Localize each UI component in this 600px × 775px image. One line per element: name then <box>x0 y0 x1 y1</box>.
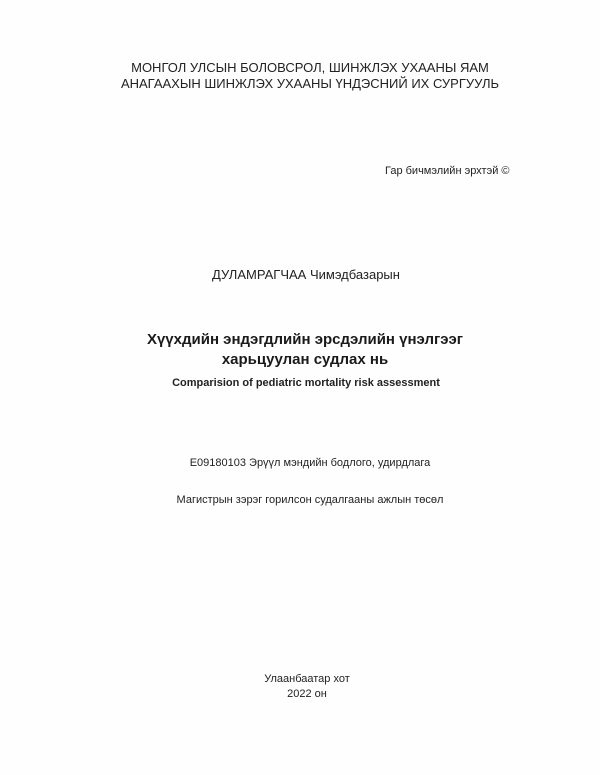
university-name: АНАГААХЫН ШИНЖЛЭХ УХААНЫ ҮНДЭСНИЙ ИХ СУР… <box>10 76 600 92</box>
author-name: ДУЛАМРАГЧАА Чимэдбазарын <box>6 267 600 282</box>
city: Улаанбаатар хот <box>7 672 600 687</box>
year: 2022 он <box>7 687 600 702</box>
program-code: E09180103 Эрүүл мэндийн бодлого, удирдла… <box>10 457 600 469</box>
title-line-1: Хүүхдийн эндэгдлийн эрсдэлийн үнэлгээг <box>5 330 600 350</box>
thesis-title-english: Comparision of pediatric mortality risk … <box>6 377 600 389</box>
title-line-2: харьцуулан судлах нь <box>5 350 600 370</box>
ministry-header: МОНГОЛ УЛСЫН БОЛОВСРОЛ, ШИНЖЛЭХ УХААНЫ Я… <box>10 60 600 92</box>
degree-description: Магистрын зэрэг горилсон судалгааны ажлы… <box>10 494 600 506</box>
copyright-notice: Гар бичмэлийн эрхтэй © <box>385 165 510 177</box>
document-page: МОНГОЛ УЛСЫН БОЛОВСРОЛ, ШИНЖЛЭХ УХААНЫ Я… <box>0 0 600 775</box>
thesis-title-mongolian: Хүүхдийн эндэгдлийн эрсдэлийн үнэлгээг х… <box>5 330 600 370</box>
ministry-name: МОНГОЛ УЛСЫН БОЛОВСРОЛ, ШИНЖЛЭХ УХААНЫ Я… <box>10 60 600 76</box>
place-and-year: Улаанбаатар хот 2022 он <box>7 672 600 702</box>
